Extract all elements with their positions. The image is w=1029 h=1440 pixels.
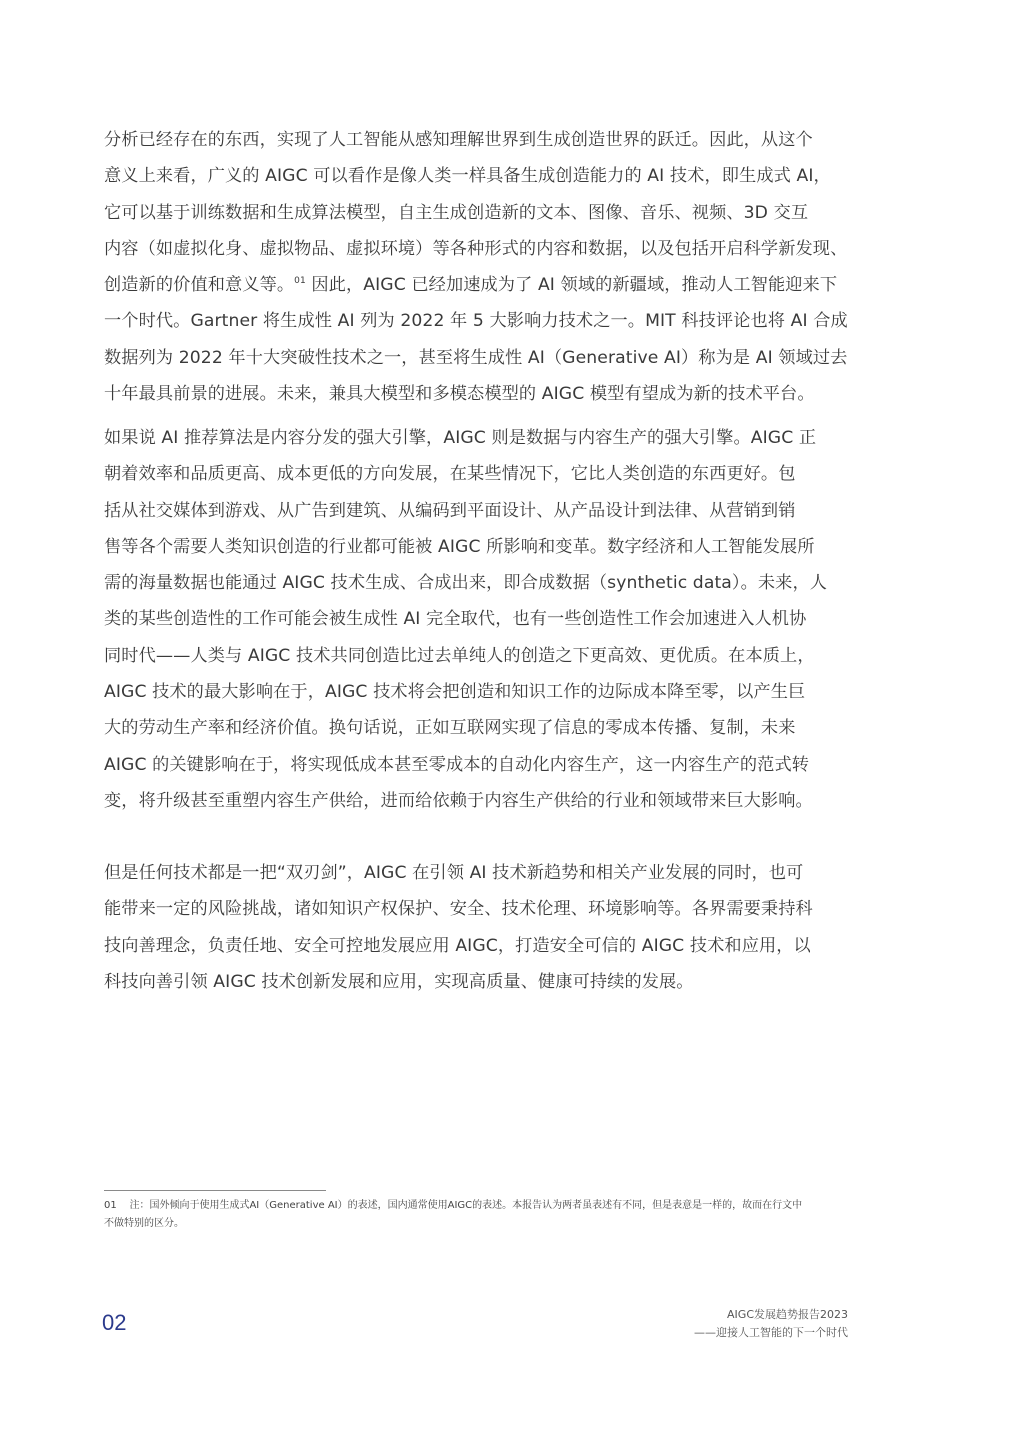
text-fragment: 因此，AIGC 已经加速成为了 AI 领域的新疆域，推动人工智能迎来下 — [306, 275, 837, 295]
text-line: 变，将升级甚至重塑内容生产供给，进而给依赖于内容生产供给的行业和领域带来巨大影响… — [104, 783, 864, 819]
report-title: AIGC发展趋势报告2023 — [694, 1306, 848, 1324]
text-line: 能带来一定的风险挑战，诸如知识产权保护、安全、技术伦理、环境影响等。各界需要秉持… — [104, 891, 864, 927]
text-line: 内容（如虚拟化身、虚拟物品、虚拟环境）等各种形式的内容和数据，以及包括开启科学新… — [104, 231, 864, 267]
text-line: 同时代——人类与 AIGC 技术共同创造比过去单纯人的创造之下更高效、更优质。在… — [104, 638, 864, 674]
page-number: 02 — [102, 1310, 126, 1336]
footnote-divider — [104, 1190, 326, 1191]
footnote-ref[interactable]: 01 — [294, 276, 306, 286]
text-line: AIGC 技术的最大影响在于，AIGC 技术将会把创造和知识工作的边际成本降至零… — [104, 674, 864, 710]
text-line: 分析已经存在的东西，实现了人工智能从感知理解世界到生成创造世界的跃迁。因此，从这… — [104, 122, 864, 158]
text-line: 需的海量数据也能通过 AIGC 技术生成、合成出来，即合成数据（syntheti… — [104, 565, 864, 601]
running-footer: AIGC发展趋势报告2023 ——迎接人工智能的下一个时代 — [694, 1306, 848, 1342]
text-fragment: 创造新的价值和意义等。 — [104, 275, 294, 295]
text-line: 售等各个需要人类知识创造的行业都可能被 AIGC 所影响和变革。数字经济和人工智… — [104, 529, 864, 565]
text-line: 它可以基于训练数据和生成算法模型，自主生成创造新的文本、图像、音乐、视频、3D … — [104, 195, 864, 231]
footnote-line: 01 注：国外倾向于使用生成式AI（Generative AI）的表述，国内通常… — [104, 1197, 864, 1215]
text-line: 类的某些创造性的工作可能会被生成性 AI 完全取代，也有一些创造性工作会加速进入… — [104, 601, 864, 637]
text-line: 创造新的价值和意义等。01 因此，AIGC 已经加速成为了 AI 领域的新疆域，… — [104, 267, 864, 303]
footnote-number: 01 — [104, 1200, 117, 1211]
footnote: 01 注：国外倾向于使用生成式AI（Generative AI）的表述，国内通常… — [104, 1197, 864, 1233]
text-line: 技向善理念，负责任地、安全可控地发展应用 AIGC，打造安全可信的 AIGC 技… — [104, 928, 864, 964]
text-line: 大的劳动生产率和经济价值。换句话说，正如互联网实现了信息的零成本传播、复制，未来 — [104, 710, 864, 746]
text-line: AIGC 的关键影响在于，将实现低成本甚至零成本的自动化内容生产，这一内容生产的… — [104, 747, 864, 783]
paragraph-1: 分析已经存在的东西，实现了人工智能从感知理解世界到生成创造世界的跃迁。因此，从这… — [104, 122, 864, 412]
paragraph-3: 但是任何技术都是一把“双刃剑”，AIGC 在引领 AI 技术新趋势和相关产业发展… — [104, 855, 864, 1000]
text-line: 如果说 AI 推荐算法是内容分发的强大引擎，AIGC 则是数据与内容生产的强大引… — [104, 420, 864, 456]
report-subtitle: ——迎接人工智能的下一个时代 — [694, 1324, 848, 1342]
text-line: 但是任何技术都是一把“双刃剑”，AIGC 在引领 AI 技术新趋势和相关产业发展… — [104, 855, 864, 891]
footnote-text: 注：国外倾向于使用生成式AI（Generative AI）的表述，国内通常使用A… — [129, 1200, 802, 1211]
text-line: 十年最具前景的进展。未来，兼具大模型和多模态模型的 AIGC 模型有望成为新的技… — [104, 376, 864, 412]
text-line: 一个时代。Gartner 将生成性 AI 列为 2022 年 5 大影响力技术之… — [104, 303, 864, 339]
text-line: 朝着效率和品质更高、成本更低的方向发展，在某些情况下，它比人类创造的东西更好。包 — [104, 456, 864, 492]
text-line: 数据列为 2022 年十大突破性技术之一，甚至将生成性 AI（Generativ… — [104, 340, 864, 376]
text-line: 科技向善引领 AIGC 技术创新发展和应用，实现高质量、健康可持续的发展。 — [104, 964, 864, 1000]
text-line: 意义上来看，广义的 AIGC 可以看作是像人类一样具备生成创造能力的 AI 技术… — [104, 158, 864, 194]
text-line: 括从社交媒体到游戏、从广告到建筑、从编码到平面设计、从产品设计到法律、从营销到销 — [104, 493, 864, 529]
footnote-line: 不做特别的区分。 — [104, 1215, 864, 1233]
paragraph-2: 如果说 AI 推荐算法是内容分发的强大引擎，AIGC 则是数据与内容生产的强大引… — [104, 420, 864, 819]
